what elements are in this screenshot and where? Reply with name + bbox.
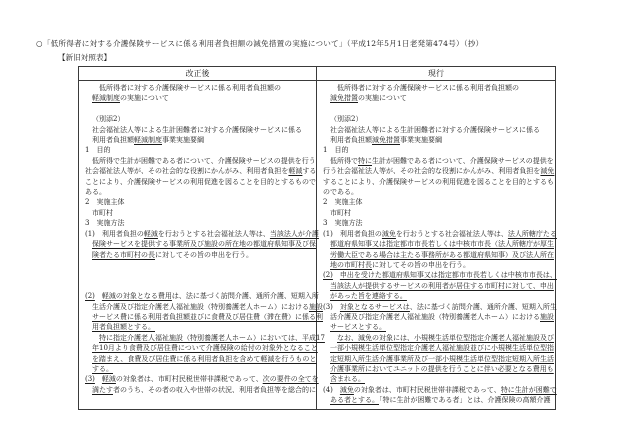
text-line: 3 実施方法 — [85, 218, 312, 228]
text-line: (3) 軽減の対象者は、市町村民税世帯非課税であって、次の要件の全てを — [85, 374, 312, 384]
text-line: 低所得で特に生計が困難である者について、介護保険サービスの提供を — [323, 156, 551, 166]
text-line: 1 目的 — [85, 145, 312, 155]
text-line: 一部小規模生活単位型指定介護老人福祉施設並びに小規模生活単位型指 — [323, 343, 551, 353]
text-line — [85, 104, 312, 114]
revised-column: 低所得者に対する介護保険サービスに係る利用者負担額の軽減制度の実施について （別… — [79, 81, 317, 409]
comparison-table-label: 【新旧対照表】 — [58, 52, 111, 63]
text-line: 労働大臣である場合は主たる事務所がある都道府県知事）及び法人所在 — [323, 250, 551, 260]
text-line: 険者たる市町村の長に対してその旨の申出を行う。 — [85, 250, 312, 260]
text-line: (1) 利用者負担の軽減を行おうとする社会福祉法人等は、当該法人が介護 — [85, 229, 312, 239]
table-header-row: 改正後 現行 — [79, 67, 555, 81]
text-line: 1 目的 — [323, 145, 551, 155]
text-line: を踏まえ、食費及び居住費に係る利用者負担を含めて軽減を行うものと — [85, 354, 312, 364]
text-line: なお、減免の対象には、小規模生活単位型指定介護老人福祉施設及び — [323, 333, 551, 343]
text-line: サービスとする。 — [323, 322, 551, 332]
text-line: 社会福祉法人等が、その社会的な役割にかんがみ、利用者負担を軽減する — [85, 166, 312, 176]
text-line: ことにより、介護保険サービスの利用促進を図ることを目的とするもので — [85, 177, 312, 187]
text-line: のである。 — [323, 187, 551, 197]
text-line: (2) 申出を受けた都道府県知事又は指定都市市長若しくは中核市市長は、 — [323, 270, 551, 280]
text-line: ある。 — [85, 187, 312, 197]
text-line — [85, 270, 312, 280]
text-line: 保険サービスを提供する事業所及び施設の所在地の都道府県知事及び保 — [85, 239, 312, 249]
text-line: 行う社会福祉法人等が、その社会的な役割にかんがみ、利用者負担を減免 — [323, 166, 551, 176]
table-body-row: 低所得者に対する介護保険サービスに係る利用者負担額の軽減制度の実施について （別… — [79, 81, 555, 409]
text-line: 減免措置の実施について — [323, 93, 551, 103]
text-line: 社会福祉法人等による生計困難者に対する介護保険サービスに係る — [85, 125, 312, 135]
column-header-current: 現行 — [317, 67, 555, 80]
text-line: 地の市町村長に対してその旨の申出を行う。 — [323, 260, 551, 270]
text-line: 低所得者に対する介護保険サービスに係る利用者負担額の — [323, 83, 551, 93]
text-line — [323, 104, 551, 114]
text-line: 年10月より食費及び居住費について介護保険の給付の対象外となること — [85, 343, 312, 353]
text-line: サービス費に係る利用者負担額並びに食費及び居住費（滞在費）に係る利 — [85, 312, 312, 322]
text-line: 生活介護及び指定介護老人福祉施設（特別養護老人ホーム）における施設 — [85, 302, 312, 312]
text-line: 軽減制度の実施について — [85, 93, 312, 103]
column-header-revised: 改正後 — [79, 67, 317, 80]
text-line: 社会福祉法人等による生計困難者に対する介護保険サービスに係る — [323, 125, 551, 135]
text-line: （別添2） — [85, 114, 312, 124]
text-line: する。 — [85, 364, 312, 374]
text-line: 利用者負担額軽減制度事業実施要綱 — [85, 135, 312, 145]
text-line: (2) 軽減の対象となる費用は、法に基づく訪問介護、通所介護、短期入所 — [85, 291, 312, 301]
text-line: 用者負担額とする。 — [85, 322, 312, 332]
text-line: 2 実施主体 — [85, 197, 312, 207]
text-line: (3) 対象となるサービスは、法に基づく訪問介護、通所介護、短期入所生 — [323, 302, 551, 312]
text-line: があった旨を連絡する。 — [323, 291, 551, 301]
text-line: 低所得で生計が困難である者について、介護保険サービスの提供を行う — [85, 156, 312, 166]
text-line: 利用者負担額減免措置事業実施要綱 — [323, 135, 551, 145]
text-line — [85, 260, 312, 270]
text-line — [85, 281, 312, 291]
text-line: 当該法人が提供するサービスの利用者が居住する市町村に対して、申出 — [323, 281, 551, 291]
text-line: （別添2） — [323, 114, 551, 124]
text-line: 低所得者に対する介護保険サービスに係る利用者負担額の — [85, 83, 312, 93]
current-column: 低所得者に対する介護保険サービスに係る利用者負担額の減免措置の実施について （別… — [317, 81, 555, 409]
text-line: 市町村 — [323, 208, 551, 218]
text-line: (1) 利用者負担の減免を行おうとする社会福祉法人等は、法人所轄庁たる — [323, 229, 551, 239]
text-line: 都道府県知事又は指定都市市長若しくは中核市市長（法人所轄庁が厚生 — [323, 239, 551, 249]
text-line: 特に指定介護老人福祉施設（特別養護老人ホーム）においては、平成17 — [85, 333, 312, 343]
text-line: 2 実施主体 — [323, 197, 551, 207]
text-line: 含まれる。 — [323, 374, 551, 384]
text-line: 活介護及び指定介護老人福祉施設（特別養護老人ホーム）における施設 — [323, 312, 551, 322]
text-line: 介護事業所においてユニットの提供を行うことに伴い必要となる費用も — [323, 364, 551, 374]
text-line: することにより、介護保険サービスの利用促進を図ることを目的とするも — [323, 177, 551, 187]
text-line: 定短期入所生活介護事業所及び一部小規模生活単位型指定短期入所生活 — [323, 354, 551, 364]
old-new-comparison-table: 改正後 現行 低所得者に対する介護保険サービスに係る利用者負担額の軽減制度の実施… — [78, 66, 556, 410]
text-line: 満たす者のうち、その者の収入や世帯の状況、利用者負担等を総合的に — [85, 385, 312, 395]
text-line: 市町村 — [85, 208, 312, 218]
text-line: 3 実施方法 — [323, 218, 551, 228]
document-title: ○「低所得者に対する介護保険サービスに係る利用者負担額の減免措置の実施について」… — [36, 38, 483, 49]
text-line: (4) 減免の対象者は、市町村民税世帯非課税であって、特に生計が困難で — [323, 385, 551, 395]
text-line: ある者とする。「特に生計が困難である者」とは、介護保険の高額介護 — [323, 395, 551, 405]
